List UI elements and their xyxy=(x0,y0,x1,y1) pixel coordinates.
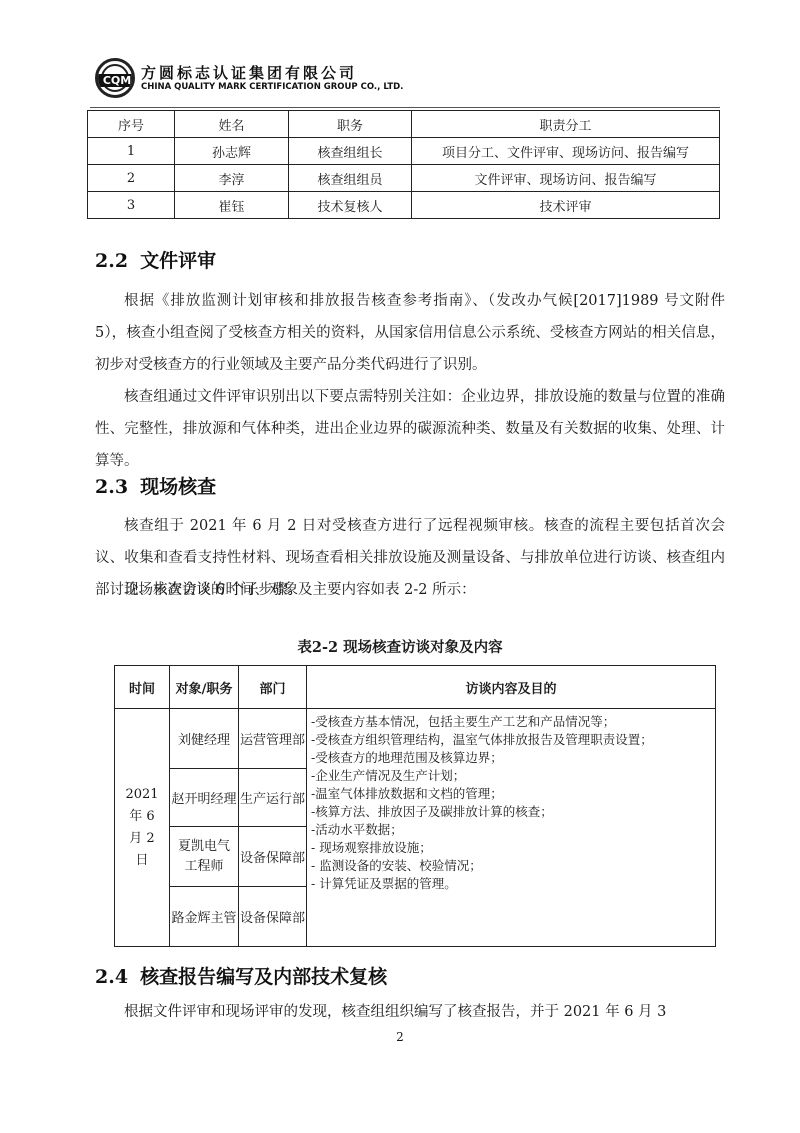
cell-interview-content: -受核查方基本情况，包括主要生产工艺和产品情况等； -受核查方组织管理结构，温室… xyxy=(307,709,716,947)
cell-role: 核查组组员 xyxy=(289,165,412,192)
content-item: -受核查方的地理范围及核算边界； xyxy=(311,749,711,767)
cell-role: 技术复核人 xyxy=(289,192,412,219)
cell-name: 崔钰 xyxy=(175,192,289,219)
content-item: -企业生产情况及生产计划； xyxy=(311,767,711,785)
cell-person: 路金辉主管 xyxy=(170,887,239,947)
column-header: 访谈内容及目的 xyxy=(307,666,716,709)
paragraph: 现场核查访谈的时间、对象及主要内容如表 2-2 所示： xyxy=(95,574,725,606)
paragraph: 根据文件评审和现场评审的发现，核查组组织编写了核查报告，并于 2021 年 6 … xyxy=(95,996,725,1028)
table-header-row: 时间 对象/职务 部门 访谈内容及目的 xyxy=(115,666,716,709)
table-row: 3 崔钰 技术复核人 技术评审 xyxy=(88,192,720,219)
content-item: - 监测设备的安装、校验情况； xyxy=(311,857,711,875)
letterhead: CQM 方圆标志认证集团有限公司 CHINA QUALITY MARK CERT… xyxy=(95,58,715,102)
table-row: 2 李淳 核查组组员 文件评审、现场访问、报告编写 xyxy=(88,165,720,192)
content-item: -活动水平数据； xyxy=(311,821,711,839)
paragraph: 根据《排放监测计划审核和排放报告核查参考指南》、（发改办气候[2017]1989… xyxy=(95,285,725,381)
column-header: 序号 xyxy=(88,111,175,138)
cell-dept: 运营管理部 xyxy=(239,709,307,769)
section-heading-2-3: 2.3现场核查 xyxy=(95,472,216,499)
cell-dept: 生产运行部 xyxy=(239,769,307,827)
content-item: -温室气体排放数据和文档的管理； xyxy=(311,785,711,803)
cell-date: 2021 年 6 月 2 日 xyxy=(115,709,170,947)
section-heading-2-2: 2.2文件评审 xyxy=(95,246,216,273)
column-header: 部门 xyxy=(239,666,307,709)
cell-person: 赵开明经理 xyxy=(170,769,239,827)
cqm-logo-icon: CQM xyxy=(95,58,135,98)
page-number: 2 xyxy=(0,1030,800,1044)
column-header: 姓名 xyxy=(175,111,289,138)
column-header: 对象/职务 xyxy=(170,666,239,709)
cell-dept: 设备保障部 xyxy=(239,827,307,887)
content-item: -核算方法、排放因子及碳排放计算的核查； xyxy=(311,803,711,821)
content-item: -受核查方组织管理结构，温室气体排放报告及管理职责设置； xyxy=(311,731,711,749)
content-item: -受核查方基本情况，包括主要生产工艺和产品情况等； xyxy=(311,713,711,731)
column-header: 职责分工 xyxy=(412,111,720,138)
cell-dept: 设备保障部 xyxy=(239,887,307,947)
table-header-row: 序号 姓名 职务 职责分工 xyxy=(88,111,720,138)
cell-index: 3 xyxy=(88,192,175,219)
interview-table: 时间 对象/职务 部门 访谈内容及目的 2021 年 6 月 2 日 刘健经理 … xyxy=(114,665,716,947)
table-caption: 表2-2 现场核查访谈对象及内容 xyxy=(0,636,800,657)
team-table: 序号 姓名 职务 职责分工 1 孙志辉 核查组组长 项目分工、文件评审、现场访问… xyxy=(87,110,720,219)
table-row: 2021 年 6 月 2 日 刘健经理 运营管理部 -受核查方基本情况，包括主要… xyxy=(115,709,716,769)
company-name-cn: 方圆标志认证集团有限公司 xyxy=(141,62,357,83)
cell-duty: 文件评审、现场访问、报告编写 xyxy=(412,165,720,192)
content-item: - 现场观察排放设施； xyxy=(311,839,711,857)
content-item: - 计算凭证及票据的管理。 xyxy=(311,875,711,893)
cell-duty: 技术评审 xyxy=(412,192,720,219)
cell-person: 夏凯电气工程师 xyxy=(170,827,239,887)
column-header: 职务 xyxy=(289,111,412,138)
section-heading-2-4: 2.4核查报告编写及内部技术复核 xyxy=(95,962,387,989)
header-divider xyxy=(90,107,720,108)
cell-name: 孙志辉 xyxy=(175,138,289,165)
cell-name: 李淳 xyxy=(175,165,289,192)
table-row: 1 孙志辉 核查组组长 项目分工、文件评审、现场访问、报告编写 xyxy=(88,138,720,165)
column-header: 时间 xyxy=(115,666,170,709)
cell-index: 1 xyxy=(88,138,175,165)
cell-role: 核查组组长 xyxy=(289,138,412,165)
cell-duty: 项目分工、文件评审、现场访问、报告编写 xyxy=(412,138,720,165)
paragraph: 核查组通过文件评审识别出以下要点需特别关注如：企业边界，排放设施的数量与位置的准… xyxy=(95,381,725,477)
cell-person: 刘健经理 xyxy=(170,709,239,769)
cell-index: 2 xyxy=(88,165,175,192)
company-name-en: CHINA QUALITY MARK CERTIFICATION GROUP C… xyxy=(141,82,403,92)
